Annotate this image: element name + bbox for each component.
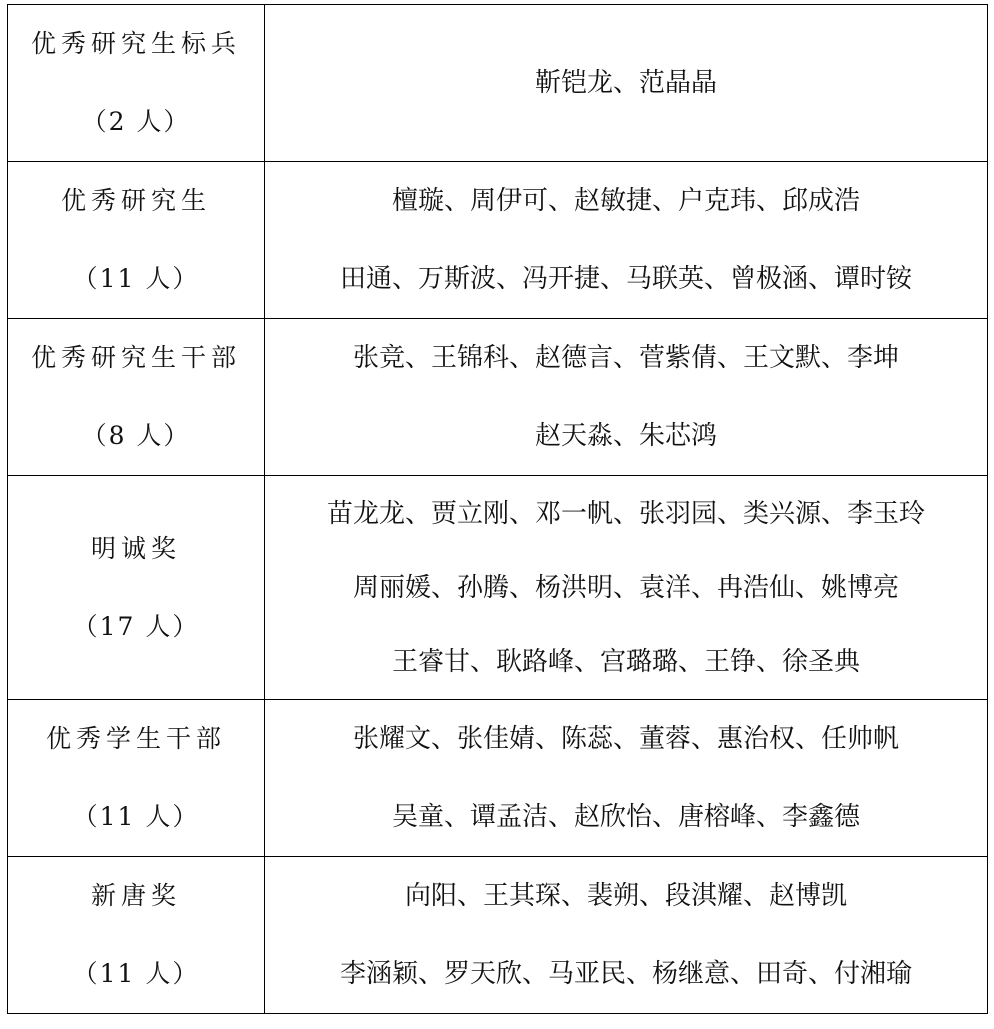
category-title: 新唐奖 — [8, 857, 264, 935]
names-line: 向阳、王其琛、裴朔、段淇耀、赵博凯 — [265, 857, 987, 935]
category-cell: 优秀研究生干部 （8 人） — [8, 319, 265, 476]
table-row-outstanding-grad-model: 优秀研究生标兵 （2 人） 靳铠龙、范晶晶 — [8, 5, 988, 162]
category-count: （8 人） — [8, 397, 264, 475]
names-line: 张竞、王锦科、赵德言、菅紫倩、王文默、李坤 — [265, 319, 987, 397]
names-cell: 苗龙龙、贾立刚、邓一帆、张羽园、类兴源、李玉玲 周丽媛、孙腾、杨洪明、袁洋、冉浩… — [265, 476, 988, 700]
names-line: 苗龙龙、贾立刚、邓一帆、张羽园、类兴源、李玉玲 — [265, 477, 987, 551]
category-title: 优秀研究生标兵 — [8, 5, 264, 83]
category-cell: 优秀研究生 （11 人） — [8, 162, 265, 319]
category-count: （11 人） — [8, 240, 264, 318]
names-line: 田通、万斯波、冯开捷、马联英、曾极涵、谭时铵 — [265, 240, 987, 318]
category-cell: 优秀学生干部 （11 人） — [8, 700, 265, 857]
names-line: 赵天淼、朱芯鸿 — [265, 397, 987, 475]
names-line: 吴童、谭孟洁、赵欣怡、唐榕峰、李鑫德 — [265, 778, 987, 856]
awards-table: 优秀研究生标兵 （2 人） 靳铠龙、范晶晶 优秀研究生 （11 人） 檀璇、周伊… — [7, 4, 988, 1014]
table-row-mingcheng-award: 明诚奖 （17 人） 苗龙龙、贾立刚、邓一帆、张羽园、类兴源、李玉玲 周丽媛、孙… — [8, 476, 988, 700]
category-count: （11 人） — [8, 778, 264, 856]
category-count: （17 人） — [8, 588, 264, 666]
names-line: 周丽媛、孙腾、杨洪明、袁洋、冉浩仙、姚博亮 — [265, 551, 987, 625]
names-line: 靳铠龙、范晶晶 — [265, 44, 987, 122]
table-row-outstanding-student-cadre: 优秀学生干部 （11 人） 张耀文、张佳婧、陈蕊、董蓉、惠治权、任帅帆 吴童、谭… — [8, 700, 988, 857]
names-cell: 檀璇、周伊可、赵敏捷、户克玮、邱成浩 田通、万斯波、冯开捷、马联英、曾极涵、谭时… — [265, 162, 988, 319]
category-cell: 新唐奖 （11 人） — [8, 857, 265, 1014]
category-title: 优秀学生干部 — [8, 700, 264, 778]
names-line: 檀璇、周伊可、赵敏捷、户克玮、邱成浩 — [265, 162, 987, 240]
names-line: 王睿甘、耿路峰、宫璐璐、王铮、徐圣典 — [265, 625, 987, 699]
table-row-outstanding-grad-cadre: 优秀研究生干部 （8 人） 张竞、王锦科、赵德言、菅紫倩、王文默、李坤 赵天淼、… — [8, 319, 988, 476]
names-cell: 靳铠龙、范晶晶 — [265, 5, 988, 162]
names-line: 李涵颖、罗天欣、马亚民、杨继意、田奇、付湘瑜 — [265, 935, 987, 1013]
names-line: 张耀文、张佳婧、陈蕊、董蓉、惠治权、任帅帆 — [265, 700, 987, 778]
names-cell: 向阳、王其琛、裴朔、段淇耀、赵博凯 李涵颖、罗天欣、马亚民、杨继意、田奇、付湘瑜 — [265, 857, 988, 1014]
table-row-outstanding-grad: 优秀研究生 （11 人） 檀璇、周伊可、赵敏捷、户克玮、邱成浩 田通、万斯波、冯… — [8, 162, 988, 319]
category-cell: 明诚奖 （17 人） — [8, 476, 265, 700]
category-cell: 优秀研究生标兵 （2 人） — [8, 5, 265, 162]
table-row-xintang-award: 新唐奖 （11 人） 向阳、王其琛、裴朔、段淇耀、赵博凯 李涵颖、罗天欣、马亚民… — [8, 857, 988, 1014]
category-title: 优秀研究生干部 — [8, 319, 264, 397]
category-title: 明诚奖 — [8, 510, 264, 588]
category-count: （2 人） — [8, 83, 264, 161]
names-cell: 张竞、王锦科、赵德言、菅紫倩、王文默、李坤 赵天淼、朱芯鸿 — [265, 319, 988, 476]
names-cell: 张耀文、张佳婧、陈蕊、董蓉、惠治权、任帅帆 吴童、谭孟洁、赵欣怡、唐榕峰、李鑫德 — [265, 700, 988, 857]
category-count: （11 人） — [8, 935, 264, 1013]
category-title: 优秀研究生 — [8, 162, 264, 240]
